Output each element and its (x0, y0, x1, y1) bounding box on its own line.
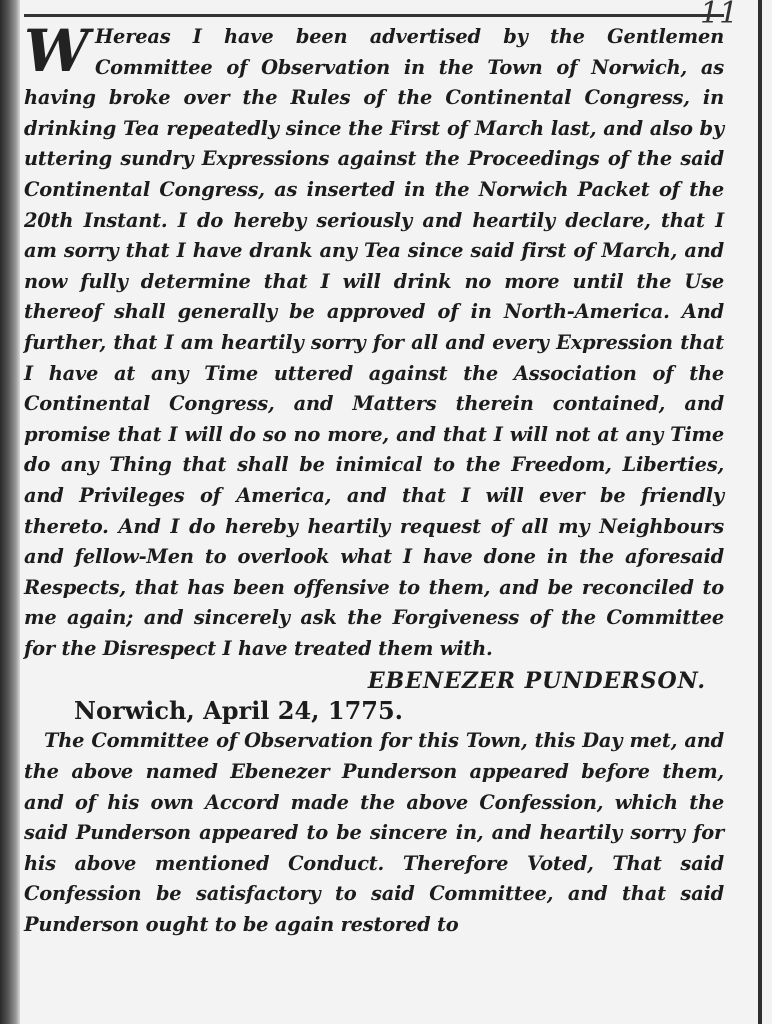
column-rule-top (24, 14, 724, 17)
dateline: Norwich, April 24, 1775. (74, 696, 724, 726)
scan-left-edge-shadow (0, 0, 20, 1024)
column-rule-right (758, 0, 762, 1024)
signature: EBENEZER PUNDERSON. (24, 666, 706, 696)
newspaper-column: WHereas I have been advertised by the Ge… (24, 22, 724, 941)
confession-paragraph: WHereas I have been advertised by the Ge… (24, 22, 724, 664)
drop-cap: W (24, 26, 89, 76)
committee-response-paragraph: The Committee of Observation for this To… (24, 726, 724, 940)
confession-text: Hereas I have been advertised by the Gen… (24, 25, 724, 660)
